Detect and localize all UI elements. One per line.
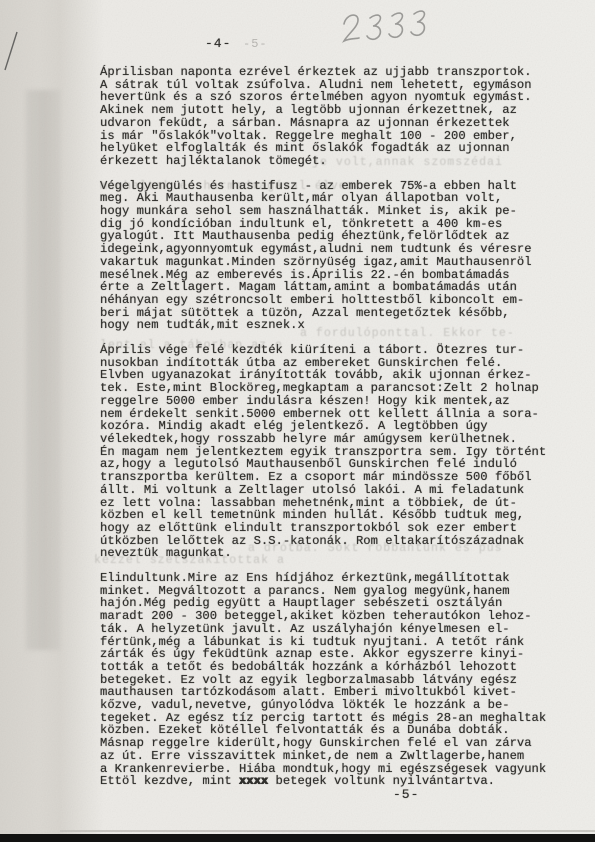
text-line: udvaron feküdt, a sárban. Másnapra az uj… xyxy=(100,117,566,130)
paper-edge-line xyxy=(60,830,595,832)
paragraph-1: Áprilisban naponta ezrével érkeztek az u… xyxy=(100,66,566,168)
bottom-scan-bar xyxy=(0,834,595,842)
ghost-fragment: a fordulóponttal. Ekkor te- xyxy=(300,327,515,340)
ghost-fragment: lent el a táborban az e xyxy=(100,339,283,352)
text-line: Másnap reggelre kiderült,hogy Gunskirche… xyxy=(100,737,566,750)
pen-mark xyxy=(0,12,30,82)
text-line: tek. Este,mint Blocköreg,megkaptam a par… xyxy=(100,382,566,395)
scan-smudge xyxy=(26,90,60,650)
text-line: néhányan egy szétroncsolt emberi holttes… xyxy=(100,294,566,307)
ghost-fragment: je volt,annak szomszédai xyxy=(312,156,503,169)
text-line: hogy munkára sehol sem használhatták. Mi… xyxy=(100,205,566,218)
text-line: idegeink,agyonnyomtuk egymást,aludni nem… xyxy=(100,243,566,256)
handwritten-number xyxy=(338,8,438,56)
paragraph-3: Április vége felé kezdték kiüríteni a tá… xyxy=(100,344,566,560)
text-line: Elindultunk.Mire az Ens hídjához érkeztü… xyxy=(100,572,566,585)
ghost-fragment: a drótba. Sokt robbantunk és pus xyxy=(248,542,503,555)
strikeout-word: xxxx xyxy=(239,774,268,788)
text-line: tották a tetőt és bedobálták hozzánk a k… xyxy=(100,661,566,674)
ghost-fragment: meghaltak és harmadmagával élvezte a xyxy=(100,180,386,193)
ghost-fragment: kézzel szétszakítottak a xyxy=(94,554,285,567)
paragraph-4: Elindultunk.Mire az Ens hídjához érkeztü… xyxy=(100,572,566,788)
page-number-top-ghost: -5- xyxy=(243,37,268,51)
page-number-bottom: -5- xyxy=(393,787,419,802)
text-line: vélekedtek,hogy rosszabb helyre már amúg… xyxy=(100,433,566,446)
text-line: transzportba kerültem. Ez a csoport már … xyxy=(100,471,566,484)
page-number-top: -4- xyxy=(205,36,231,51)
text-line: maradt 200 - 300 beteggel,akiket közben … xyxy=(100,610,566,623)
text-line: közben el kell temetnünk minden hullát. … xyxy=(100,509,566,522)
text-line: Akinek nem jutott hely, a legtöbb ujonna… xyxy=(100,104,566,117)
text-line: ták. A helyzetünk javult. Az uszályhajón… xyxy=(100,623,566,636)
scanned-document-page: -4- -5- Áprilisban naponta ezrével érkez… xyxy=(0,0,595,842)
text-line: Ettöl kezdve, mint xxxx betegek voltunk … xyxy=(100,775,566,788)
text-line: az út. Erre visszavittek minket,de nem a… xyxy=(100,750,566,763)
text-line: reggelre 5000 ember indulásra készen! Ho… xyxy=(100,395,566,408)
paragraph-2: Végelgyengülés és hastifusz - az emberek… xyxy=(100,180,566,332)
document-body: Áprilisban naponta ezrével érkeztek az u… xyxy=(100,66,566,800)
text-line: állt. Mi voltunk a Zeltlager utolsó lakó… xyxy=(100,484,566,497)
text-line: hogy az előttünk elindult transzportokbó… xyxy=(100,522,566,535)
text-line: Áprilisban naponta ezrével érkeztek az u… xyxy=(100,66,566,79)
text-line: kőzve, vadul,nevetve, gúnyolódva lökték … xyxy=(100,699,566,712)
text-line: vakartuk magunkat.Minden szörnyüség igaz… xyxy=(100,256,566,269)
